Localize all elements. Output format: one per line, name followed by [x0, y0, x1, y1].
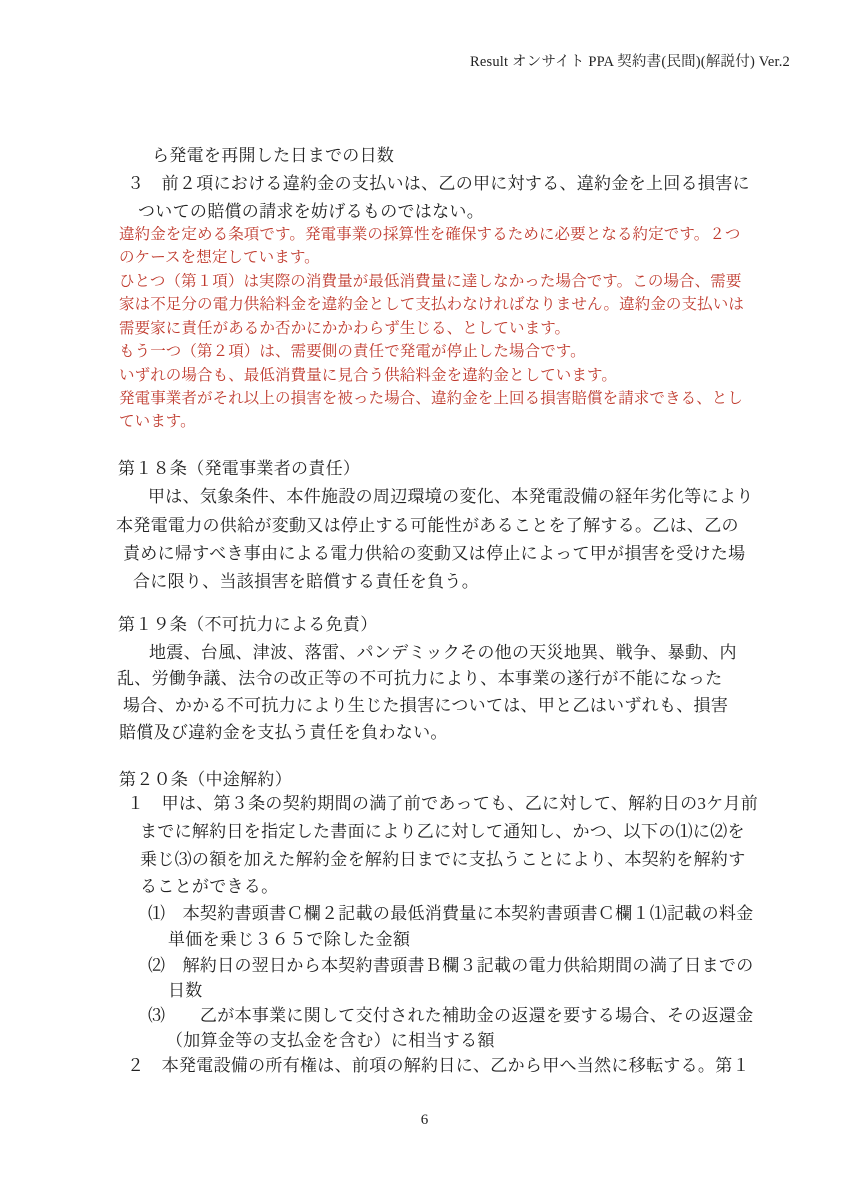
contract-text-line: 場合、かかる不可抗力により生じた損害については、甲と乙はいずれも、損害 — [123, 697, 728, 714]
contract-text-line: ⑴ 本契約書頭書Ｃ欄２記載の最低消費量に本契約書頭書Ｃ欄１⑴記載の料金 — [148, 905, 754, 922]
clause-heading: 第１８条（発電事業者の責任） — [118, 460, 360, 477]
annotation-line: 違約金を定める条項です。発電事業の採算性を確保するために必要となる約定です。２つ — [119, 227, 741, 243]
annotation-line: もう一つ（第２項）は、需要側の責任で発電が停止した場合です。 — [119, 344, 586, 360]
annotation-line: ひとつ（第１項）は実際の消費量が最低消費量に達しなかった場合です。この場合、需要 — [119, 274, 741, 290]
document-header: Result オンサイト PPA 契約書(民間)(解説付) Ver.2 — [470, 50, 790, 71]
contract-text-line: 地震、台風、津波、落雷、パンデミックその他の天災地異、戦争、暴動、内 — [149, 644, 737, 661]
contract-text-line: ることができる。 — [140, 878, 278, 895]
annotation-line: 家は不足分の電力供給料金を違約金として支払わなければなりません。違約金の支払いは — [119, 297, 744, 313]
contract-text-line: 日数 — [168, 982, 203, 999]
contract-text-line: 乱、労働争議、法令の改正等の不可抗力により、本事業の遂行が不能になった — [117, 670, 723, 687]
contract-text-line: 合に限り、当該損害を賠償する責任を負う。 — [133, 573, 479, 590]
contract-text-line: 賠償及び違約金を支払う責任を負わない。 — [119, 724, 448, 741]
contract-text-line: ら発電を再開した日までの日数 — [152, 147, 394, 164]
contract-text-line: （加算金等の支払金を含む）に相当する額 — [166, 1032, 495, 1049]
annotation-line: いずれの場合も、最低消費量に見合う供給料金を違約金としています。 — [119, 368, 617, 384]
annotation-line: 需要家に責任があるか否かにかかわらず生じる、としています。 — [119, 321, 570, 337]
contract-text-line: ついての賠償の請求を妨げるものではない。 — [138, 203, 484, 220]
contract-text-line: 責めに帰すべき事由による電力供給の変動又は停止によって甲が損害を受けた場 — [123, 545, 745, 562]
contract-text-line: 乗じ⑶の額を加えた解約金を解約日までに支払うことにより、本契約を解約す — [140, 851, 746, 868]
contract-text-line: 甲は、気象条件、本件施設の周辺環境の変化、本発電設備の経年劣化等により — [148, 488, 754, 505]
annotation-line: 発電事業者がそれ以上の損害を被った場合、違約金を上回る損害賠償を請求できる、とし — [119, 391, 743, 407]
contract-text-line: 本発電電力の供給が変動又は停止する可能性があることを了解する。乙は、乙の — [116, 517, 739, 534]
clause-heading: 第２０条（中途解約） — [119, 771, 292, 788]
contract-text-line: 単価を乗じ３６５で除した金額 — [168, 931, 410, 948]
contract-text-line: までに解約日を指定した書面により乙に対して通知し、かつ、以下の⑴に⑵を — [140, 823, 745, 840]
document-page: Result オンサイト PPA 契約書(民間)(解説付) Ver.2 ら発電を… — [0, 0, 849, 1200]
contract-text-line: ⑵ 解約日の翌日から本契約書頭書Ｂ欄３記載の電力供給期間の満了日までの — [148, 957, 754, 974]
contract-text-line: ⑶ 乙が本事業に関して交付された補助金の返還を要する場合、その返還金 — [148, 1007, 754, 1024]
clause-heading: 第１９条（不可抗力による免責） — [118, 616, 378, 633]
contract-text-line: ２ 本発電設備の所有権は、前項の解約日に、乙から甲へ当然に移転する。第１ — [127, 1057, 750, 1074]
contract-text-line: １ 甲は、第３条の契約期間の満了前であっても、乙に対して、解約日の3ケ月前 — [127, 795, 758, 812]
contract-text-line: ３ 前２項における違約金の支払いは、乙の甲に対する、違約金を上回る損害に — [127, 175, 750, 192]
annotation-line: のケースを想定しています。 — [119, 250, 320, 266]
annotation-line: ています。 — [119, 414, 196, 430]
page-number: 6 — [0, 1112, 849, 1129]
